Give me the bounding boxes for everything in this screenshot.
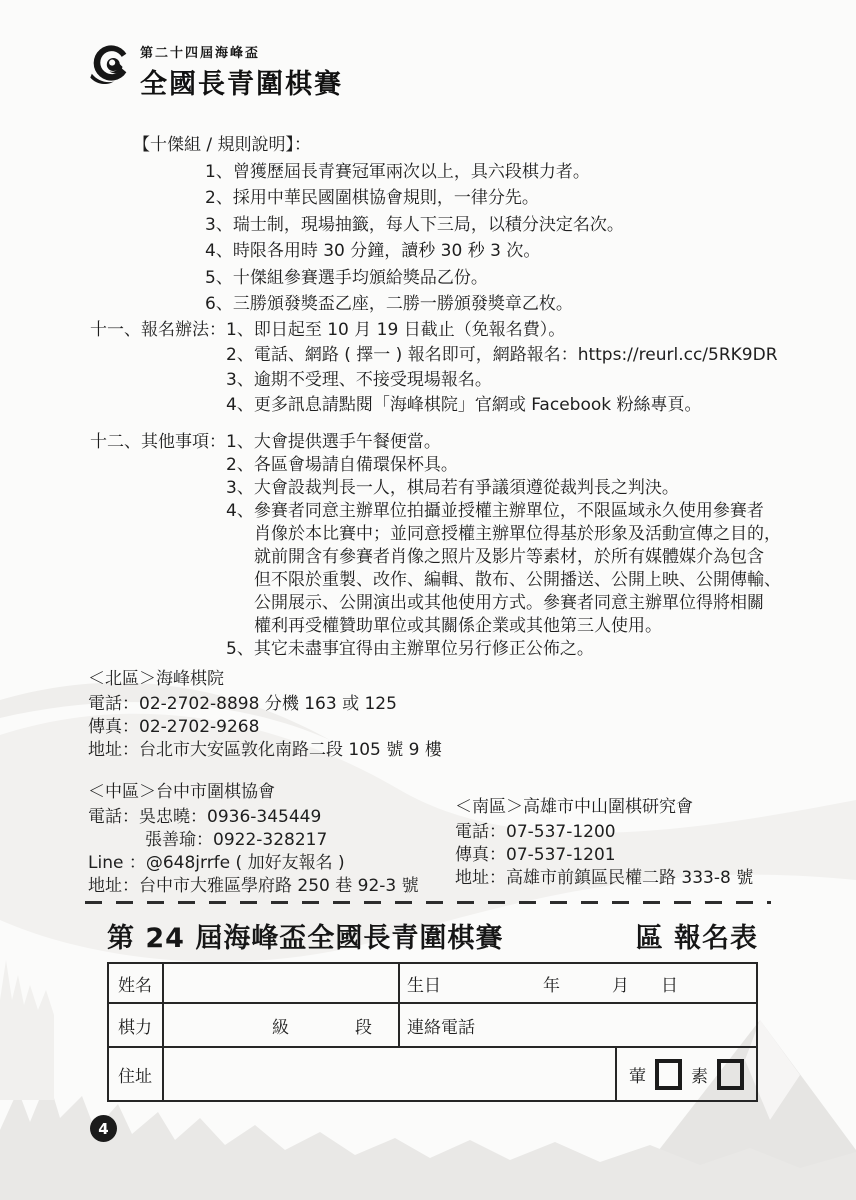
meal-choice-cell: 葷 素: [617, 1048, 756, 1100]
registration-method-section: 十一、報名辦法： 1、即日起至 10 月 19 日截止（免報名費）。 2、電話、…: [90, 318, 778, 418]
section-item: 3、大會設裁判長一人，棋局若有爭議須遵從裁判長之判決。: [226, 477, 781, 500]
section-item: 3、逾期不受理、不接受現場報名。: [226, 368, 778, 393]
form-title-row: 第 24 屆海峰盃全國長青圍棋賽 區 報名表: [107, 916, 758, 955]
contact-line-id: Line ：@648jrrfe ( 加好友報名 ): [88, 852, 419, 875]
page-number: 4: [98, 1120, 108, 1138]
contact-address: 地址：台中市大雅區學府路 250 巷 92-3 號: [88, 875, 419, 898]
contact-title: ＜北區＞海峰棋院: [88, 668, 442, 691]
section-item: 2、各區會場請自備環保杯具。: [226, 454, 781, 477]
section-item-continuation: 但不限於重製、改作、編輯、散布、公開播送、公開上映、公開傳輸、: [226, 569, 781, 592]
section-label: 十二、其他事項：: [90, 431, 226, 661]
section-item-continuation: 肖像於本比賽中；並同意授權主辦單位得基於形象及活動宣傳之目的，: [226, 523, 781, 546]
section-item: 2、電話、網路 ( 擇一 ) 報名即可，網路報名：https://reurl.c…: [226, 343, 778, 368]
contact-fax: 傳真：07-537-1201: [455, 844, 753, 867]
document-page: 第二十四屆海峰盃 全國長青圍棋賽 【十傑組 / 規則說明】： 1、曾獲歷屆長青賽…: [0, 0, 856, 1200]
rules-section: 【十傑組 / 規則說明】： 1、曾獲歷屆長青賽冠軍兩次以上，具六段棋力者。 2、…: [133, 132, 624, 318]
table-row-address-meal: 住址 葷 素: [109, 1048, 756, 1100]
dan-label: 段: [355, 1013, 372, 1038]
birthday-cell: 生日 年 月 日: [400, 964, 756, 1002]
logo-text: 第二十四屆海峰盃 全國長青圍棋賽: [140, 42, 343, 101]
section-item: 1、大會提供選手午餐便當。: [226, 431, 781, 454]
tournament-logo: 第二十四屆海峰盃 全國長青圍棋賽: [88, 42, 343, 101]
section-item: 4、參賽者同意主辦單位拍攝並授權主辦單位，不限區域永久使用參賽者: [226, 500, 781, 523]
contact-address: 地址：台北市大安區敦化南路二段 105 號 9 樓: [88, 739, 442, 762]
registration-form-table: 姓名 生日 年 月 日 棋力 級 段 連絡電話 住址: [107, 962, 758, 1102]
rules-items: 1、曾獲歷屆長青賽冠軍兩次以上，具六段棋力者。 2、採用中華民國圍棋協會規則，一…: [205, 159, 624, 318]
rule-item: 1、曾獲歷屆長青賽冠軍兩次以上，具六段棋力者。: [205, 159, 624, 186]
section-item-continuation: 權利再受權贊助單位或其關係企業或其他第三人使用。: [226, 615, 781, 638]
contact-phone: 電話：02-2702-8898 分機 163 或 125: [88, 693, 442, 716]
contact-phone: 電話：吳忠曉：0936-345449: [88, 806, 419, 829]
table-row-name-birth: 姓名 生日 年 月 日: [109, 964, 756, 1004]
section-items: 1、大會提供選手午餐便當。 2、各區會場請自備環保杯具。 3、大會設裁判長一人，…: [226, 431, 781, 661]
section-item: 4、更多訊息請點閱「海峰棋院」官網或 Facebook 粉絲專頁。: [226, 393, 778, 418]
form-region-suffix: 區 報名表: [636, 916, 758, 955]
contact-phone: 電話：07-537-1200: [455, 821, 753, 844]
rules-heading: 【十傑組 / 規則說明】：: [133, 132, 624, 159]
rank-label: 棋力: [118, 1013, 152, 1038]
meat-label: 葷: [629, 1062, 646, 1087]
table-row-rank-phone: 棋力 級 段 連絡電話: [109, 1004, 756, 1048]
section-item: 1、即日起至 10 月 19 日截止（免報名費）。: [226, 318, 778, 343]
section-label: 十一、報名辦法：: [90, 318, 226, 418]
name-input-area: [164, 964, 400, 1002]
form-title-text: 第 24 屆海峰盃全國長青圍棋賽: [107, 916, 503, 955]
veg-label: 素: [691, 1062, 708, 1087]
section-item-continuation: 公開展示、公開演出或其他使用方式。參賽者同意主辦單位得將相關: [226, 592, 781, 615]
other-matters-section: 十二、其他事項： 1、大會提供選手午餐便當。 2、各區會場請自備環保杯具。 3、…: [90, 431, 781, 661]
contact-title: ＜南區＞高雄市中山圍棋研究會: [455, 796, 753, 819]
month-label: 月: [612, 971, 629, 996]
phone-label: 連絡電話: [407, 1013, 475, 1038]
rule-item: 6、三勝頒發獎盃乙座，二勝一勝頒發獎章乙枚。: [205, 291, 624, 318]
section-item-continuation: 就前開含有參賽者肖像之照片及影片等素材，於所有媒體媒介為包含: [226, 546, 781, 569]
contact-phone-2: 張善瑜：0922-328217: [88, 829, 419, 852]
section-item: 5、其它未盡事宜得由主辦單位另行修正公佈之。: [226, 638, 781, 661]
page-number-badge: 4: [90, 1115, 117, 1142]
north-region-contact: ＜北區＞海峰棋院 電話：02-2702-8898 分機 163 或 125 傳真…: [88, 668, 442, 762]
logo-title-text: 全國長青圍棋賽: [140, 62, 343, 101]
meat-checkbox: [655, 1059, 682, 1090]
rule-item: 2、採用中華民國圍棋協會規則，一律分先。: [205, 185, 624, 212]
rule-item: 5、十傑組參賽選手均頒給獎品乙份。: [205, 265, 624, 292]
birthday-label: 生日: [407, 971, 441, 996]
name-label-cell: 姓名: [109, 964, 164, 1002]
contact-title: ＜中區＞台中市圍棋協會: [88, 781, 419, 804]
name-label: 姓名: [118, 971, 152, 996]
rank-label-cell: 棋力: [109, 1004, 164, 1046]
rule-item: 4、時限各用時 30 分鐘，讀秒 30 秒 3 次。: [205, 238, 624, 265]
address-label-cell: 住址: [109, 1048, 164, 1100]
phone-cell: 連絡電話: [400, 1004, 756, 1046]
central-region-contact: ＜中區＞台中市圍棋協會 電話：吳忠曉：0936-345449 張善瑜：0922-…: [88, 781, 419, 898]
haifong-swirl-logo-icon: [88, 42, 134, 84]
rule-item: 3、瑞士制，現場抽籤，每人下三局，以積分決定名次。: [205, 212, 624, 239]
veg-checkbox: [717, 1059, 744, 1090]
year-label: 年: [543, 971, 560, 996]
contact-address: 地址：高雄市前鎮區民權二路 333-8 號: [455, 867, 753, 890]
cut-line-divider: [85, 901, 771, 904]
logo-edition-text: 第二十四屆海峰盃: [140, 42, 343, 61]
south-region-contact: ＜南區＞高雄市中山圍棋研究會 電話：07-537-1200 傳真：07-537-…: [455, 796, 753, 890]
contact-fax: 傳真：02-2702-9268: [88, 716, 442, 739]
kyu-label: 級: [272, 1013, 289, 1038]
day-label: 日: [661, 971, 678, 996]
address-label: 住址: [118, 1062, 152, 1087]
section-items: 1、即日起至 10 月 19 日截止（免報名費）。 2、電話、網路 ( 擇一 )…: [226, 318, 778, 418]
rank-input-area: 級 段: [164, 1004, 400, 1046]
address-input-area: [164, 1048, 617, 1100]
